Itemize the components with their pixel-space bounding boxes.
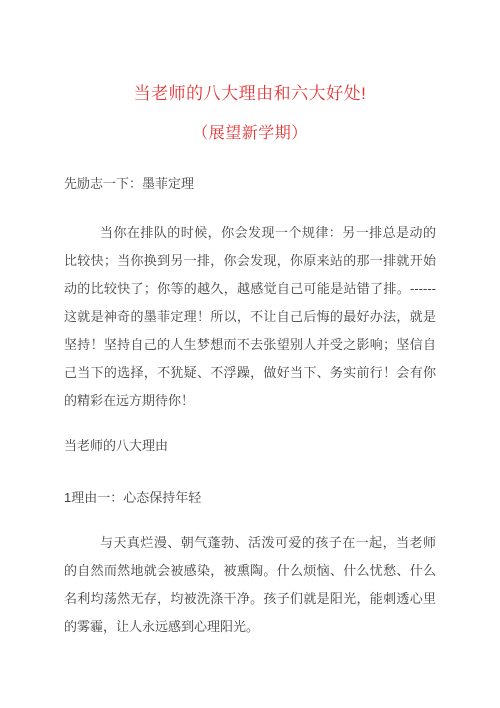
document-title: 当老师的八大理由和六大好处! xyxy=(64,0,436,105)
reasons-section-heading: 当老师的八大理由 xyxy=(64,437,436,455)
motto-paragraph: 当你在排队的时候，你会发现一个规律：另一排总是动的比较快；当你换到另一排，你会发… xyxy=(64,219,436,415)
reason-1-heading: 1理由一：心态保持年轻 xyxy=(64,489,436,507)
reason-1-paragraph: 与天真烂漫、朝气蓬勃、活泼可爱的孩子在一起，当老师的自然而然地就会被感染，被熏陶… xyxy=(64,529,436,641)
document-page: 当老师的八大理由和六大好处! （展望新学期） 先励志一下：墨菲定理 当你在排队的… xyxy=(0,0,500,708)
motto-heading: 先励志一下：墨菲定理 xyxy=(64,175,436,193)
document-subtitle: （展望新学期） xyxy=(64,123,436,145)
